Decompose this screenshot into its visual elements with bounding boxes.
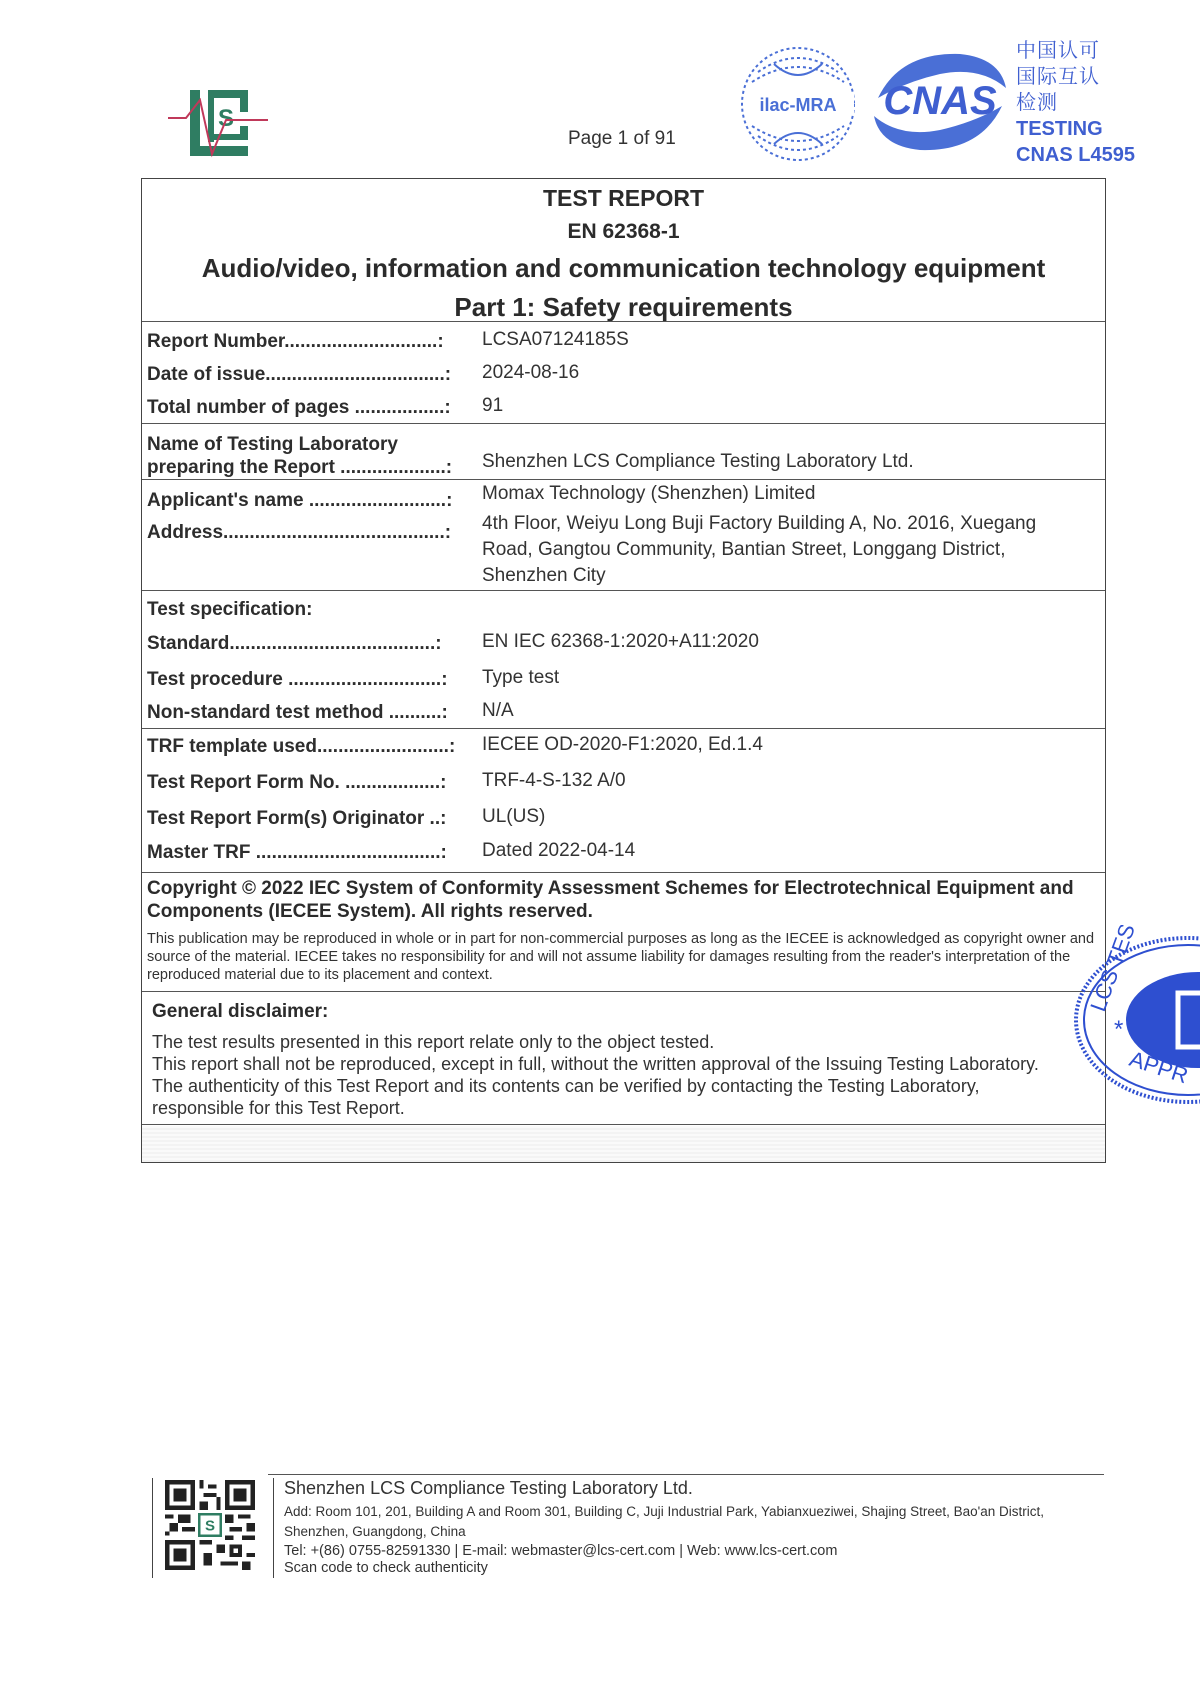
test-specification-heading: Test specification: [147,599,312,621]
divider [142,321,1105,322]
disclaimer-line: responsible for this Test Report. [152,1097,1102,1119]
trf-template-value: IECEE OD-2020-F1:2020, Ed.1.4 [482,734,763,756]
total-pages-value: 91 [482,395,503,417]
footer-contact-block: Shenzhen LCS Compliance Testing Laborato… [284,1478,1074,1576]
footer-divider [268,1474,1104,1475]
disclaimer-heading: General disclaimer: [152,1001,328,1023]
trf-originator-label: Test Report Form(s) Originator ..: [147,808,446,830]
svg-text:S: S [205,1518,215,1535]
report-number-value: LCSA07124185S [482,329,629,351]
date-of-issue-value: 2024-08-16 [482,362,579,384]
lcs-logo: S [168,82,268,162]
svg-text:CNAS: CNAS [883,79,997,123]
laboratory-label-line2: preparing the Report ...................… [147,456,452,479]
cnas-text-line4: TESTING [1016,116,1135,142]
footer-contact: Tel: +(86) 0755-82591330 | E-mail: webma… [284,1543,1074,1559]
report-title-block: TEST REPORT EN 62368-1 Audio/video, info… [142,179,1105,323]
footer-border-left [152,1478,153,1578]
test-procedure-value: Type test [482,667,559,689]
cnas-number: CNAS L4595 [1016,142,1135,168]
date-of-issue-label: Date of issue...........................… [147,364,451,386]
applicant-name-value: Momax Technology (Shenzhen) Limited [482,483,815,505]
divider [142,728,1105,729]
non-standard-method-value: N/A [482,700,514,722]
qr-code-icon[interactable]: S [165,1480,255,1570]
page-indicator: Page 1 of 91 [568,128,676,150]
master-trf-label: Master TRF .............................… [147,842,447,864]
footer-company: Shenzhen LCS Compliance Testing Laborato… [284,1478,1074,1499]
cnas-icon: CNAS [870,48,1010,156]
divider [142,423,1105,424]
cnas-accreditation-text: 中国认可 国际互认 检测 TESTING CNAS L4595 [1016,38,1135,168]
disclaimer-line: The test results presented in this repor… [152,1031,1102,1053]
non-standard-method-label: Non-standard test method ..........: [147,702,448,724]
cnas-text-line2: 国际互认 [1016,64,1135,90]
divider [142,1124,1105,1125]
standard-label: Standard................................… [147,633,442,655]
disclaimer-line: This report shall not be reproduced, exc… [152,1053,1102,1075]
total-pages-label: Total number of pages .................: [147,397,451,419]
copyright-body: This publication may be reproduced in wh… [147,930,1097,984]
trf-form-no-value: TRF-4-S-132 A/0 [482,770,626,792]
blank-row [142,1126,1105,1162]
trf-template-label: TRF template used.......................… [147,736,455,758]
report-title: TEST REPORT [142,185,1105,212]
svg-text:*: * [1114,1016,1123,1043]
svg-text:ilac-MRA: ilac-MRA [759,95,836,115]
footer-address: Add: Room 101, 201, Building A and Room … [284,1502,1074,1542]
svg-text:S: S [218,105,234,132]
ilac-mra-icon: ilac-MRA [738,42,858,166]
report-number-label: Report Number...........................… [147,331,444,353]
cnas-text-line1: 中国认可 [1016,38,1135,64]
laboratory-value: Shenzhen LCS Compliance Testing Laborato… [482,451,914,473]
report-standard: EN 62368-1 [142,220,1105,244]
standard-value: EN IEC 62368-1:2020+A11:2020 [482,631,759,653]
cnas-text-line3: 检测 [1016,90,1135,116]
trf-form-no-label: Test Report Form No. ..................: [147,772,446,794]
approval-seal-icon: * LCS TESTING APPR [1068,925,1200,1115]
disclaimer-line: The authenticity of this Test Report and… [152,1075,1102,1097]
footer-scan-note: Scan code to check authenticity [284,1560,1074,1576]
address-value: 4th Floor, Weiyu Long Buji Factory Build… [482,511,1072,589]
disclaimer-body: The test results presented in this repor… [152,1031,1102,1119]
laboratory-label-line1: Name of Testing Laboratory [147,433,452,456]
laboratory-label: Name of Testing Laboratory preparing the… [147,433,452,479]
divider [142,479,1105,480]
trf-originator-value: UL(US) [482,806,545,828]
master-trf-value: Dated 2022-04-14 [482,840,635,862]
test-procedure-label: Test procedure .........................… [147,669,448,691]
divider [142,991,1105,992]
applicant-name-label: Applicant's name .......................… [147,490,452,512]
copyright-heading: Copyright © 2022 IEC System of Conformit… [147,877,1097,923]
address-label: Address.................................… [147,522,451,544]
divider [142,872,1105,873]
report-part: Part 1: Safety requirements [142,292,1105,323]
footer-border-mid [273,1478,274,1578]
report-subject: Audio/video, information and communicati… [142,253,1105,284]
report-cover-table: TEST REPORT EN 62368-1 Audio/video, info… [141,178,1106,1163]
divider [142,590,1105,591]
